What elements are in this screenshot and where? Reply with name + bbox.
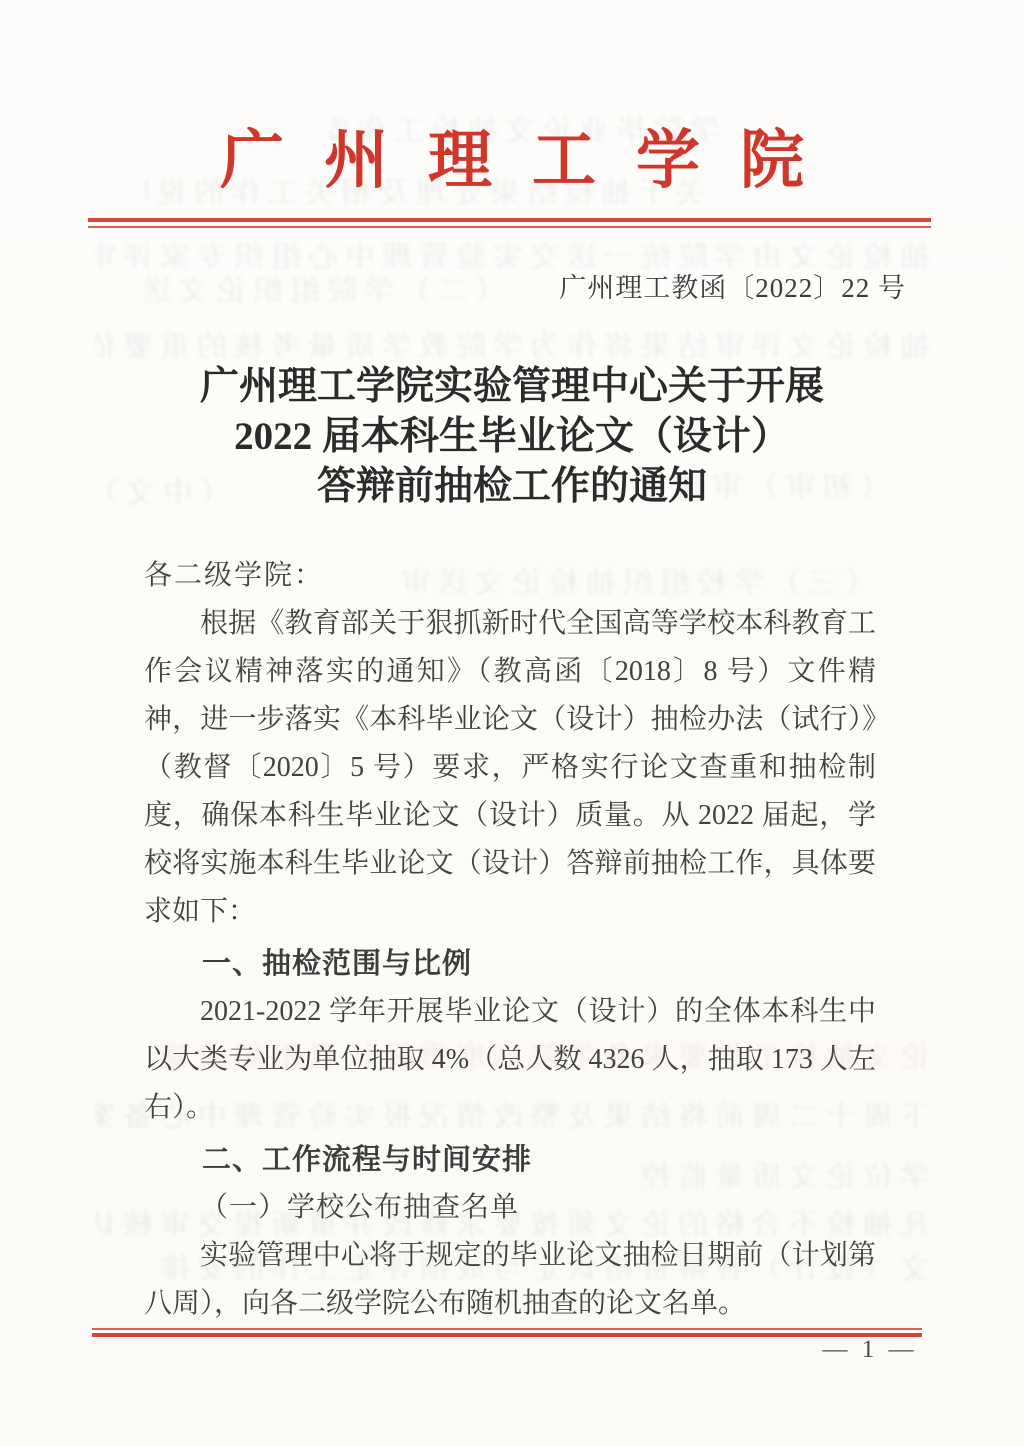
document-title-line: 2022 届本科生毕业论文（设计） xyxy=(62,412,962,462)
bleed-through-artifact: （二）学院组织论文送审 xyxy=(135,266,505,302)
body-paragraph: 根据《教育部关于狠抓新时代全国高等学校本科教育工作会议精神落实的通知》（教高函〔… xyxy=(144,600,876,936)
body-paragraph: 实验管理中心将于规定的毕业论文抽检日期前（计划第八周），向各二级学院公布随机抽查… xyxy=(144,1232,876,1328)
footer-rule-thick xyxy=(92,1333,922,1337)
letterhead-rule-thick xyxy=(88,218,931,222)
letterhead-school-name: 广州理工学院 xyxy=(0,124,1024,198)
page-number: — 1 — xyxy=(800,1336,940,1364)
body-heading: 一、抽检范围与比例 xyxy=(144,940,876,988)
body-paragraph: 2021-2022 学年开展毕业论文（设计）的全体本科生中以大类专业为单位抽取 … xyxy=(144,988,876,1132)
document-title-line: 广州理工学院实验管理中心关于开展 xyxy=(62,362,962,412)
body-subheading: （一）学校公布抽查名单 xyxy=(144,1184,876,1232)
body-heading: 二、工作流程与时间安排 xyxy=(144,1136,876,1184)
bleed-through-artifact: 抽检论文由学院统一送交实验管理中心组织专家评审 xyxy=(95,232,930,268)
document-number: 广州理工教函〔2022〕22 号 xyxy=(559,266,906,305)
footer-rule-thin xyxy=(92,1328,922,1330)
document-body: 各二级学院：根据《教育部关于狠抓新时代全国高等学校本科教育工作会议精神落实的通知… xyxy=(144,552,876,1328)
document-title: 广州理工学院实验管理中心关于开展 2022 届本科生毕业论文（设计） 答辩前抽检… xyxy=(62,362,962,512)
scanned-document-page: 学院毕业论文抽检工作安排通知 关于抽检结果处理及相关工作的说明事项 抽检论文由学… xyxy=(0,0,1024,1446)
body-salutation: 各二级学院： xyxy=(144,552,876,600)
letterhead-rule-thin xyxy=(88,226,931,228)
document-title-line: 答辩前抽检工作的通知 xyxy=(62,462,962,512)
bleed-through-artifact: 抽检论文评审结果将作为学院教学质量考核的重要依据 xyxy=(95,322,930,358)
